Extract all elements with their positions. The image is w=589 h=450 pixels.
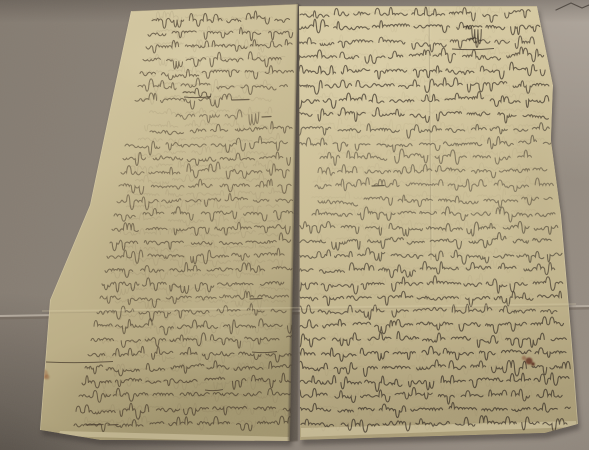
photo-of-handwritten-letter: Photograph of an old two-page handwritte… xyxy=(0,0,589,450)
letter-photo-svg xyxy=(0,0,589,450)
photo-grain xyxy=(0,0,589,450)
